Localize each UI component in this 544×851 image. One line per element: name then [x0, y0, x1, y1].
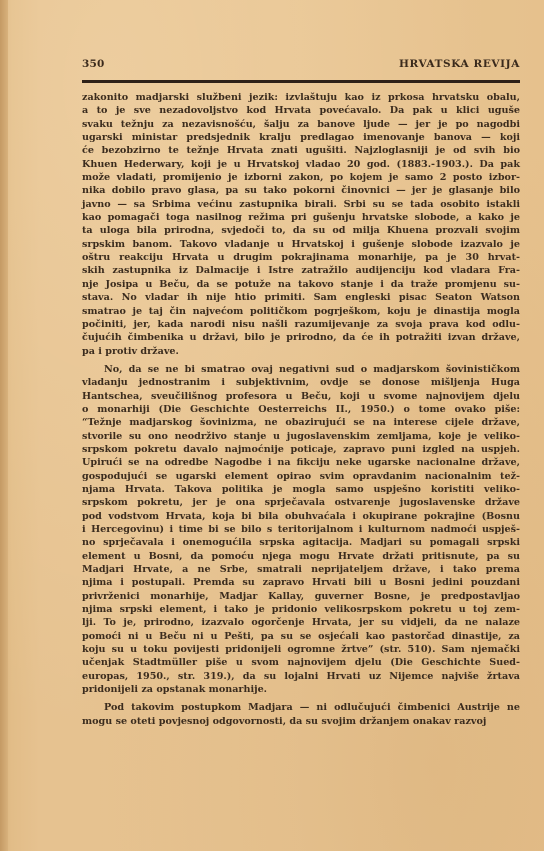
text-line: kao pomagači toga nasilnog režima pri gu…: [82, 211, 520, 224]
text-line: skih zastupnika iz Dalmacije i Istre zat…: [82, 264, 520, 277]
text-line: koju su u toku povijesti pridonijeli ogr…: [82, 643, 520, 656]
page-header: 350 HRVATSKA REVIJA: [82, 58, 520, 72]
header-rule: [82, 80, 520, 83]
text-line: učenjak Stadtmüller piše u svom najnovij…: [82, 656, 520, 669]
text-line: Madjari Hrvate, a ne Srbe, smatrali nepr…: [82, 563, 520, 576]
text-line: javno — sa Srbima većinu zastupnika bira…: [82, 198, 520, 211]
text-line: No, da se ne bi smatrao ovaj negativni s…: [82, 363, 520, 376]
text-line: stava. No vladar ih nije htio primiti. S…: [82, 291, 520, 304]
text-line: njama Hrvata. Takova politika je mogla s…: [82, 483, 520, 496]
text-line: gospodujući se ugarski element opirao sv…: [82, 470, 520, 483]
text-line: europas, 1950., str. 319.), da su lojaln…: [82, 670, 520, 683]
text-line: počiniti, jer, kada narodi nisu našli ra…: [82, 318, 520, 331]
text-line: nika dobilo pravo glasa, pa su tako poko…: [82, 184, 520, 197]
text-line: a to je sve nezadovoljstvo kod Hrvata po…: [82, 104, 520, 117]
text-line: njima i postupali. Premda su zapravo Hrv…: [82, 576, 520, 589]
text-line: no sprječavala i onemogućila srpska agit…: [82, 536, 520, 549]
text-line: stvorile su ono neodrživo stanje u jugos…: [82, 430, 520, 443]
text-line: Khuen Hederwary, koji je u Hrvatskoj vla…: [82, 158, 520, 171]
text-line: pod vodstvom Hrvata, koja bi bila obuhva…: [82, 510, 520, 523]
text-line: pridonijeli za opstanak monarhije.: [82, 683, 520, 696]
paragraph: Pod takovim postupkom Madjara — ni odluč…: [82, 701, 520, 728]
text-line: element u Bosni, da pomoću njega mogu Hr…: [82, 550, 520, 563]
text-line: srpskim banom. Takovo vladanje u Hrvatsk…: [82, 238, 520, 251]
text-line: “Težnje madjarskog šovinizma, ne obaziru…: [82, 416, 520, 429]
page-number: 350: [82, 58, 105, 70]
text-line: o monarhiji (Die Geschichte Oesterreichs…: [82, 403, 520, 416]
text-line: će bezobzirno te težnje Hrvata znati ugu…: [82, 144, 520, 157]
text-line: njima srpski element, i tako je pridonio…: [82, 603, 520, 616]
text-line: ugarski ministar predsjednik kralju pred…: [82, 131, 520, 144]
paragraph: No, da se ne bi smatrao ovaj negativni s…: [82, 363, 520, 697]
article-body: zakonito madjarski službeni jezik: izvla…: [82, 91, 520, 728]
page-spine-edge: [0, 0, 8, 851]
text-line: vladanju jednostranim i subjektivnim, ov…: [82, 376, 520, 389]
text-line: nje Josipa u Beču, da se potuže na takov…: [82, 278, 520, 291]
text-line: čujućih čimbenika u državi, bilo je prir…: [82, 331, 520, 344]
text-line: pomoći ni u Beču ni u Pešti, pa su se os…: [82, 630, 520, 643]
text-line: svaku težnju za nezavisnošću, šalju za b…: [82, 118, 520, 131]
text-line: lji. To je, prirodno, izazvalo ogorčenje…: [82, 616, 520, 629]
text-line: mogu se oteti povjesnoj odgovornosti, da…: [82, 715, 520, 728]
running-title: HRVATSKA REVIJA: [399, 58, 520, 70]
text-line: privrženici monarhije, Madjar Kallay, gu…: [82, 590, 520, 603]
text-line: i Hercegovinu) i time bi se bilo s terit…: [82, 523, 520, 536]
text-line: ta uloga bila prirodna, svjedoči to, da …: [82, 224, 520, 237]
text-line: srpskom pokretu davalo najmoćnije potica…: [82, 443, 520, 456]
text-line: može vladati, promijenio je izborni zako…: [82, 171, 520, 184]
text-line: smatrao je taj čin najvećom političkom p…: [82, 305, 520, 318]
text-line: oštru reakciju Hrvata u drugim pokrajina…: [82, 251, 520, 264]
text-line: Pod takovim postupkom Madjara — ni odluč…: [82, 701, 520, 714]
paragraph: zakonito madjarski službeni jezik: izvla…: [82, 91, 520, 358]
text-line: Hantschea, sveučilišnog profesora u Beču…: [82, 390, 520, 403]
text-line: pa i protiv države.: [82, 345, 520, 358]
text-line: Upirući se na odredbe Nagodbe i na fikci…: [82, 456, 520, 469]
text-line: srpskom pokretu, jer je ona sprječavala …: [82, 496, 520, 509]
text-line: zakonito madjarski službeni jezik: izvla…: [82, 91, 520, 104]
